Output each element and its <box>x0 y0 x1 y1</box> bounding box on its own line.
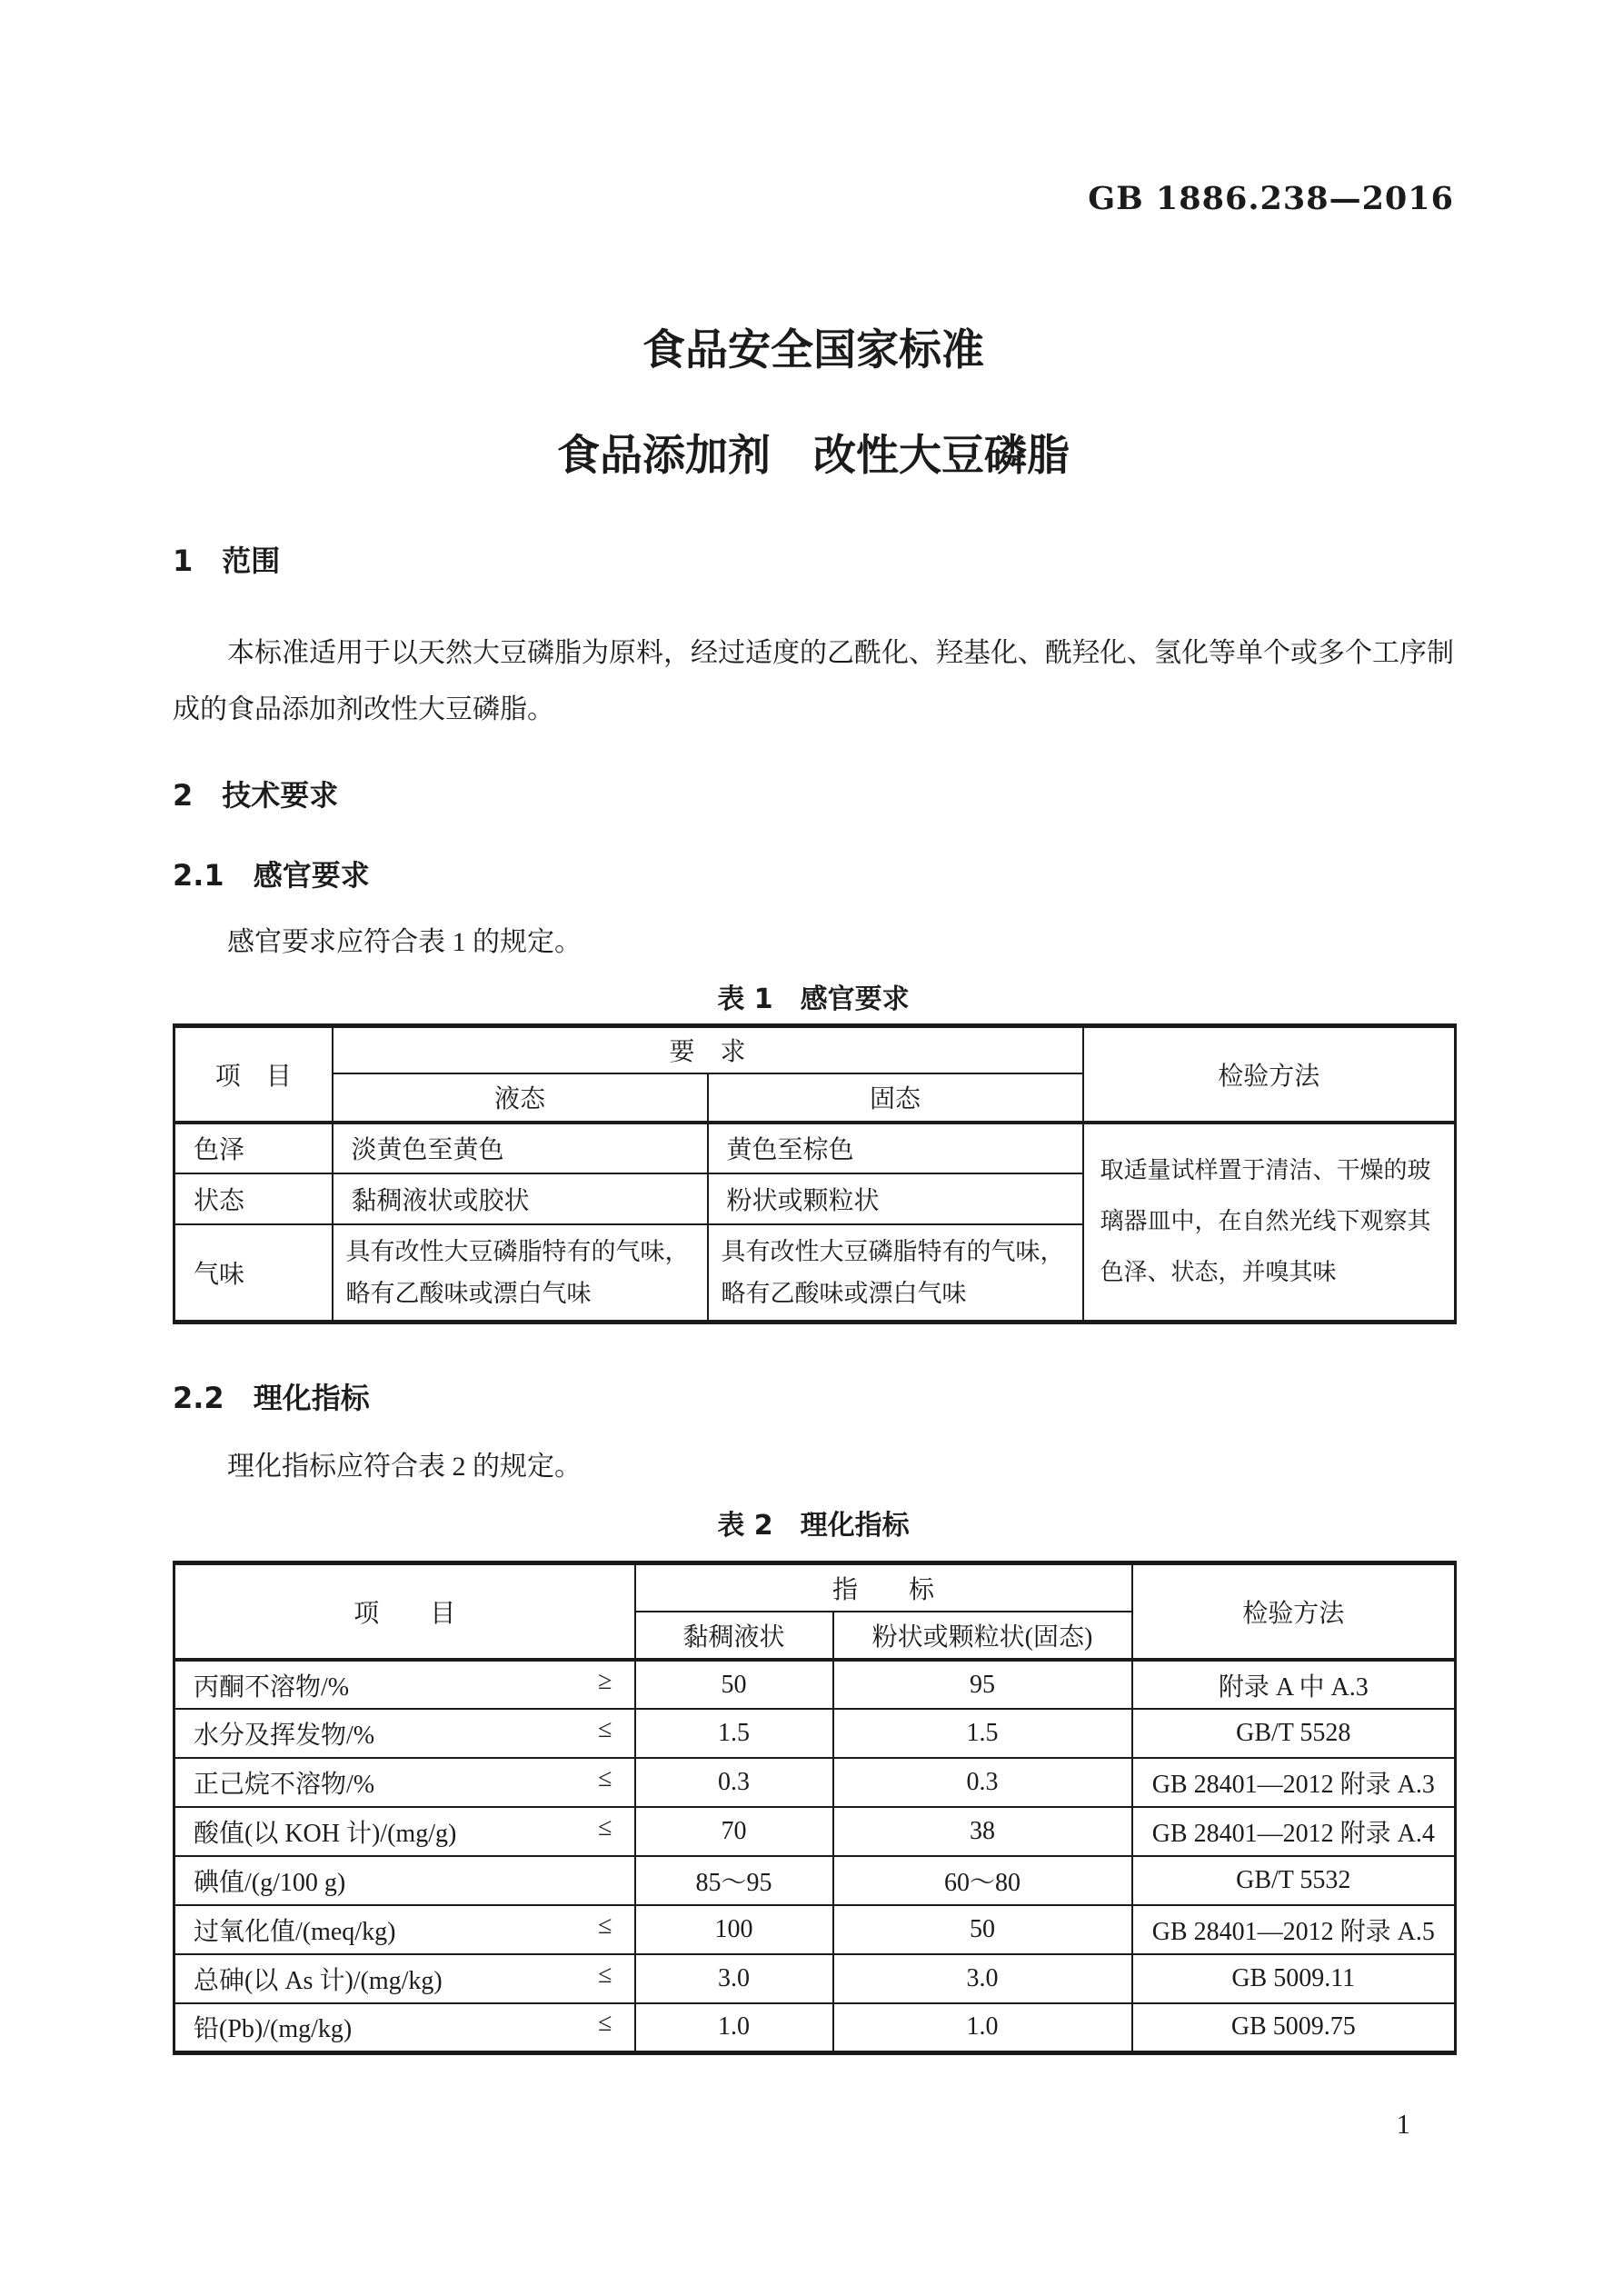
t2-r1-op: ≤ <box>598 1715 612 1744</box>
t2-r3-liquid: 70 <box>635 1807 833 1856</box>
t2-r6-item: ≤总砷(以 As 计)/(mg/kg) <box>174 1954 635 2003</box>
t2-r4-liquid: 85～95 <box>635 1856 833 1905</box>
table1-header-row-1: 项 目 要 求 检验方法 <box>174 1026 1456 1073</box>
t1-r2-solid: 具有改性大豆磷脂特有的气味，略有乙酸味或漂白气味 <box>708 1224 1083 1323</box>
table2-caption: 表 2 理化指标 <box>173 1506 1454 1546</box>
t1-r2-item: 气味 <box>174 1224 333 1323</box>
doc-title-line2: 食品添加剂 改性大豆磷脂 <box>173 429 1454 484</box>
t1-r1-item: 状态 <box>174 1173 333 1224</box>
table1-header-solid: 固态 <box>708 1073 1083 1123</box>
t2-r0-solid: 95 <box>833 1660 1132 1709</box>
document-page: GB 1886.238—2016 食品安全国家标准 食品添加剂 改性大豆磷脂 1… <box>0 0 1623 2296</box>
page-number: 1 <box>173 2108 1454 2141</box>
table1-caption: 表 1 感官要求 <box>173 980 1454 1020</box>
table2-header-row-1: 项 目 指 标 检验方法 <box>174 1562 1456 1612</box>
t2-r5-name: 过氧化值/(meq/kg) <box>194 1918 395 1946</box>
t2-r1-name: 水分及挥发物/% <box>194 1722 374 1750</box>
t2-r5-item: ≤过氧化值/(meq/kg) <box>174 1905 635 1954</box>
table2-row: ≤铅(Pb)/(mg/kg) 1.0 1.0 GB 5009.75 <box>174 2003 1456 2052</box>
t2-r1-solid: 1.5 <box>833 1709 1132 1758</box>
t2-r0-name: 丙酮不溶物/% <box>194 1673 349 1702</box>
t2-r2-name: 正己烷不溶物/% <box>194 1771 374 1799</box>
table2-row: ≤总砷(以 As 计)/(mg/kg) 3.0 3.0 GB 5009.11 <box>174 1954 1456 2003</box>
table1-header-item: 项 目 <box>174 1026 333 1123</box>
t1-r1-solid: 粉状或颗粒状 <box>708 1173 1083 1224</box>
t2-r5-op: ≤ <box>598 1912 612 1941</box>
physchem-note: 理化指标应符合表 2 的规定。 <box>173 1439 1454 1495</box>
t2-r2-solid: 0.3 <box>833 1758 1132 1807</box>
t2-r4-name: 碘值/(g/100 g) <box>194 1869 345 1897</box>
table1-header-requirement: 要 求 <box>333 1026 1083 1073</box>
t2-r3-method: GB 28401—2012 附录 A.4 <box>1132 1807 1456 1856</box>
standard-code: GB 1886.238—2016 <box>173 180 1454 218</box>
t2-r6-solid: 3.0 <box>833 1954 1132 2003</box>
t2-r6-name: 总砷(以 As 计)/(mg/kg) <box>194 1967 443 1995</box>
t2-r4-item: 碘值/(g/100 g) <box>174 1856 635 1905</box>
t2-r6-method: GB 5009.11 <box>1132 1954 1456 2003</box>
t2-r2-method: GB 28401—2012 附录 A.3 <box>1132 1758 1456 1807</box>
t2-r7-item: ≤铅(Pb)/(mg/kg) <box>174 2003 635 2052</box>
t2-r3-solid: 38 <box>833 1807 1132 1856</box>
scope-paragraph: 本标准适用于以天然大豆磷脂为原料，经过适度的乙酰化、羟基化、酰羟化、氢化等单个或… <box>173 625 1454 738</box>
table2-header-method: 检验方法 <box>1132 1562 1456 1660</box>
t2-r2-item: ≤正己烷不溶物/% <box>174 1758 635 1807</box>
t1-r0-liquid: 淡黄色至黄色 <box>333 1123 708 1173</box>
physicochemical-indicators-table: 项 目 指 标 检验方法 黏稠液状 粉状或颗粒状(固态) ≥丙酮不溶物/% 50… <box>173 1561 1457 2055</box>
table2-header-item: 项 目 <box>174 1562 635 1660</box>
t2-r7-op: ≤ <box>598 2009 612 2038</box>
table1-row-color: 色泽 淡黄色至黄色 黄色至棕色 取适量试样置于清洁、干燥的玻璃器皿中，在自然光线… <box>174 1123 1456 1173</box>
t2-r0-method: 附录 A 中 A.3 <box>1132 1660 1456 1709</box>
t2-r4-method: GB/T 5532 <box>1132 1856 1456 1905</box>
t2-r2-liquid: 0.3 <box>635 1758 833 1807</box>
t1-r1-liquid: 黏稠液状或胶状 <box>333 1173 708 1224</box>
t2-r1-liquid: 1.5 <box>635 1709 833 1758</box>
table2-row: ≤水分及挥发物/% 1.5 1.5 GB/T 5528 <box>174 1709 1456 1758</box>
section-2-2-heading: 2.2 理化指标 <box>173 1379 1454 1417</box>
doc-title-line1: 食品安全国家标准 <box>173 324 1454 378</box>
sensory-requirement-note: 感官要求应符合表 1 的规定。 <box>173 914 1454 971</box>
t1-r0-item: 色泽 <box>174 1123 333 1173</box>
section-1-heading: 1 范围 <box>173 542 1454 580</box>
t2-r4-solid: 60～80 <box>833 1856 1132 1905</box>
table2-header-liquid: 黏稠液状 <box>635 1612 833 1660</box>
t2-r7-method: GB 5009.75 <box>1132 2003 1456 2052</box>
t2-r5-solid: 50 <box>833 1905 1132 1954</box>
table2-header-index: 指 标 <box>635 1562 1132 1612</box>
t2-r7-solid: 1.0 <box>833 2003 1132 2052</box>
t2-r5-method: GB 28401—2012 附录 A.5 <box>1132 1905 1456 1954</box>
t2-r5-liquid: 100 <box>635 1905 833 1954</box>
t2-r6-op: ≤ <box>598 1961 612 1990</box>
table1-method-cell: 取适量试样置于清洁、干燥的玻璃器皿中，在自然光线下观察其色泽、状态，并嗅其味 <box>1083 1123 1456 1323</box>
t2-r6-liquid: 3.0 <box>635 1954 833 2003</box>
t2-r0-liquid: 50 <box>635 1660 833 1709</box>
section-2-1-heading: 2.1 感官要求 <box>173 856 1454 894</box>
t2-r1-item: ≤水分及挥发物/% <box>174 1709 635 1758</box>
section-2-heading: 2 技术要求 <box>173 776 1454 814</box>
table1-header-liquid: 液态 <box>333 1073 708 1123</box>
t2-r0-item: ≥丙酮不溶物/% <box>174 1660 635 1709</box>
t1-r2-liquid: 具有改性大豆磷脂特有的气味，略有乙酸味或漂白气味 <box>333 1224 708 1323</box>
table2-row: ≤过氧化值/(meq/kg) 100 50 GB 28401—2012 附录 A… <box>174 1905 1456 1954</box>
table1-header-method: 检验方法 <box>1083 1026 1456 1123</box>
t2-r3-item: ≤酸值(以 KOH 计)/(mg/g) <box>174 1807 635 1856</box>
t2-r2-op: ≤ <box>598 1764 612 1793</box>
t2-r0-op: ≥ <box>598 1667 612 1696</box>
t2-r1-method: GB/T 5528 <box>1132 1709 1456 1758</box>
t2-r7-name: 铅(Pb)/(mg/kg) <box>194 2015 352 2043</box>
t2-r3-name: 酸值(以 KOH 计)/(mg/g) <box>194 1820 456 1848</box>
t2-r3-op: ≤ <box>598 1813 612 1842</box>
table2-row: ≤酸值(以 KOH 计)/(mg/g) 70 38 GB 28401—2012 … <box>174 1807 1456 1856</box>
table2-header-solid: 粉状或颗粒状(固态) <box>833 1612 1132 1660</box>
t1-r0-solid: 黄色至棕色 <box>708 1123 1083 1173</box>
table2-row: 碘值/(g/100 g) 85～95 60～80 GB/T 5532 <box>174 1856 1456 1905</box>
table2-row: ≤正己烷不溶物/% 0.3 0.3 GB 28401—2012 附录 A.3 <box>174 1758 1456 1807</box>
t2-r7-liquid: 1.0 <box>635 2003 833 2052</box>
sensory-requirements-table: 项 目 要 求 检验方法 液态 固态 色泽 淡黄色至黄色 黄色至棕色 取适量试样… <box>173 1023 1457 1324</box>
table2-row: ≥丙酮不溶物/% 50 95 附录 A 中 A.3 <box>174 1660 1456 1709</box>
